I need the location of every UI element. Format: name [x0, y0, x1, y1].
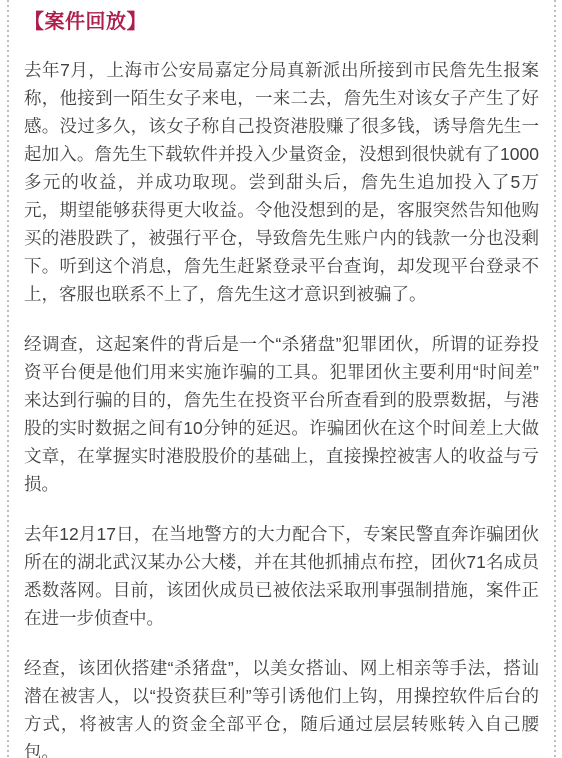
right-dotted-border — [554, 0, 556, 758]
paragraph-gang-method: 经查，该团伙搭建“杀猪盘”，以美女搭讪、网上相亲等手法，搭讪潜在被害人，以“投资… — [24, 654, 539, 758]
paragraph-case-report: 去年7月，上海市公安局嘉定分局真新派出所接到市民詹先生报案称，他接到一陌生女子来… — [24, 56, 539, 308]
article-page: { "colors": { "background": "#ffffff", "… — [0, 0, 562, 758]
paragraph-arrest: 去年12月17日，在当地警方的大力配合下，专案民警直奔诈骗团伙所在的湖北武汉某办… — [24, 520, 539, 632]
article-body: 【案件回放】 去年7月，上海市公安局嘉定分局真新派出所接到市民詹先生报案称，他接… — [9, 0, 554, 758]
article-title: 【案件回放】 — [24, 8, 539, 36]
paragraph-investigation-scheme: 经调查，这起案件的背后是一个“杀猪盘”犯罪团伙，所谓的证券投资平台便是他们用来实… — [24, 330, 539, 498]
